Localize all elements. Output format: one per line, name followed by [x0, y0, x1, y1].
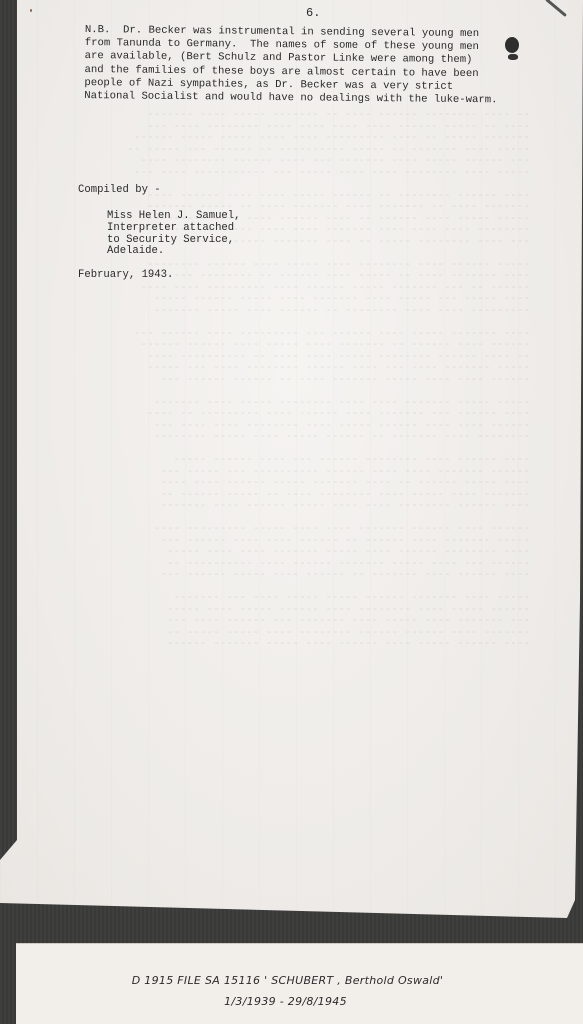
page-number: 6. [306, 6, 320, 20]
compiler-signature-block: Miss Helen J. Samuel, Interpreter attach… [107, 211, 241, 258]
document-date: February, 1943. [78, 269, 173, 281]
staple-mark [545, 0, 567, 17]
file-date-range: 1/3/1939 - 29/8/1945 [2, 995, 569, 1008]
compiled-by-label: Compiled by - [78, 184, 161, 196]
ink-blot-mark [505, 37, 519, 53]
note-paragraph: N.B. Dr. Becker was instrumental in send… [84, 24, 555, 108]
paper-speck [30, 9, 32, 12]
typed-document-page: -- ---- -------- ------ ---- -- ------- … [0, 0, 583, 920]
file-label-card: D 1915 FILE SA 15116 ' SCHUBERT , Bertho… [16, 943, 583, 1024]
file-reference-line: D 1915 FILE SA 15116 ' SCHUBERT , Bertho… [4, 974, 571, 987]
ink-blot-mark [508, 54, 518, 60]
